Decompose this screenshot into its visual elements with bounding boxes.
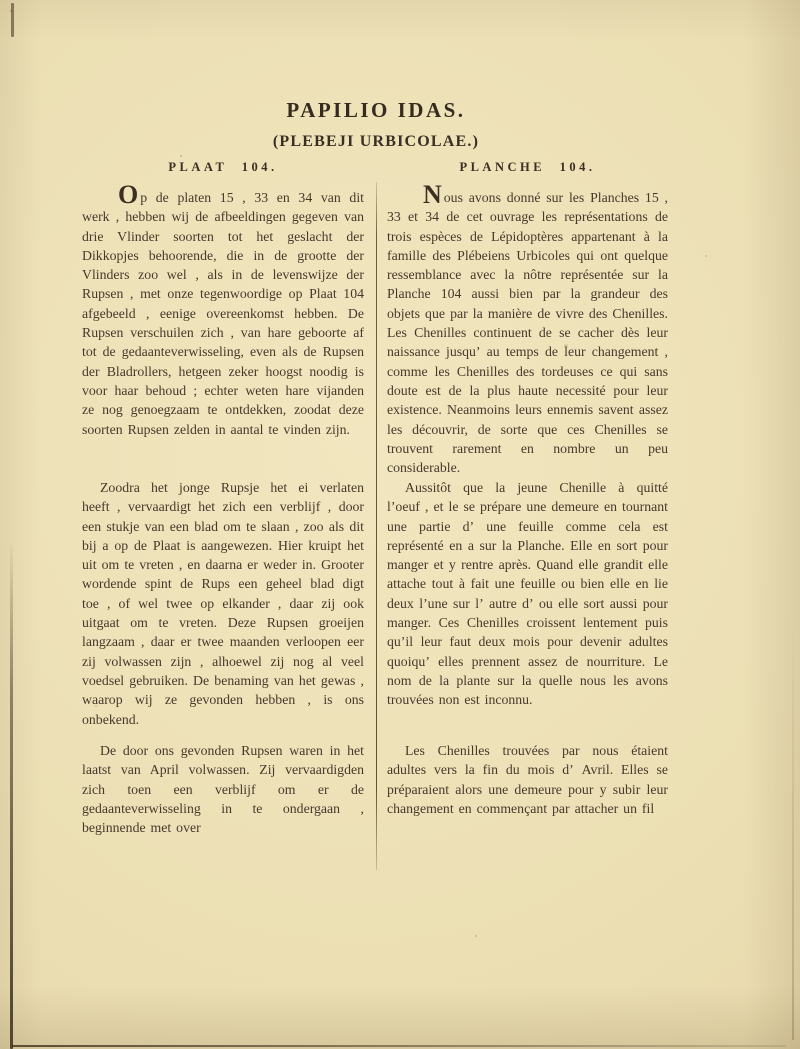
scan-edge-top-mark xyxy=(11,3,14,37)
french-column-heading: PLANCHE 104. xyxy=(387,160,668,175)
page-subtitle: (PLEBEJI URBICOLAE.) xyxy=(0,133,752,151)
french-paragraph-3: Les Chenilles trouvées par nous étaient … xyxy=(387,741,668,818)
dutch-paragraph-1: Op de platen 15 , 33 en 34 van dit werk … xyxy=(82,187,364,439)
scan-edge-left-line xyxy=(10,540,13,1049)
column-divider-rule xyxy=(376,182,377,870)
dutch-paragraph-1-text: p de platen 15 , 33 en 34 van dit werk ,… xyxy=(82,190,364,437)
dutch-paragraph-3: De door ons gevonden Rupsen waren in het… xyxy=(82,741,364,837)
dutch-paragraph-2: Zoodra het jonge Rupsje het ei verlaten … xyxy=(82,478,364,729)
french-column: PLANCHE 104. Nous avons donné sur les Pl… xyxy=(387,160,668,175)
drop-cap-initial: O xyxy=(100,188,138,201)
french-paragraph-1: Nous avons donné sur les Planches 15 , 3… xyxy=(387,187,668,477)
french-paragraph-1-text: ous avons donné sur les Planches 15 , 33… xyxy=(387,190,668,475)
page-title: PAPILIO IDAS. xyxy=(0,98,752,123)
drop-cap-initial: N xyxy=(405,188,442,201)
scan-edge-right-shadow xyxy=(792,620,794,1040)
book-page-scan: PAPILIO IDAS. (PLEBEJI URBICOLAE.) PLAAT… xyxy=(0,0,800,1049)
page-header: PAPILIO IDAS. (PLEBEJI URBICOLAE.) xyxy=(0,98,752,151)
scan-edge-bottom-line xyxy=(12,1045,786,1047)
dutch-column-heading: PLAAT 104. xyxy=(82,160,364,175)
dutch-column: PLAAT 104. Op de platen 15 , 33 en 34 va… xyxy=(82,160,364,175)
french-paragraph-2: Aussitôt que la jeune Chenille à quitté … xyxy=(387,478,668,710)
paper-foxing-specks xyxy=(10,10,12,12)
two-column-text-block: PLAAT 104. Op de platen 15 , 33 en 34 va… xyxy=(82,160,668,880)
